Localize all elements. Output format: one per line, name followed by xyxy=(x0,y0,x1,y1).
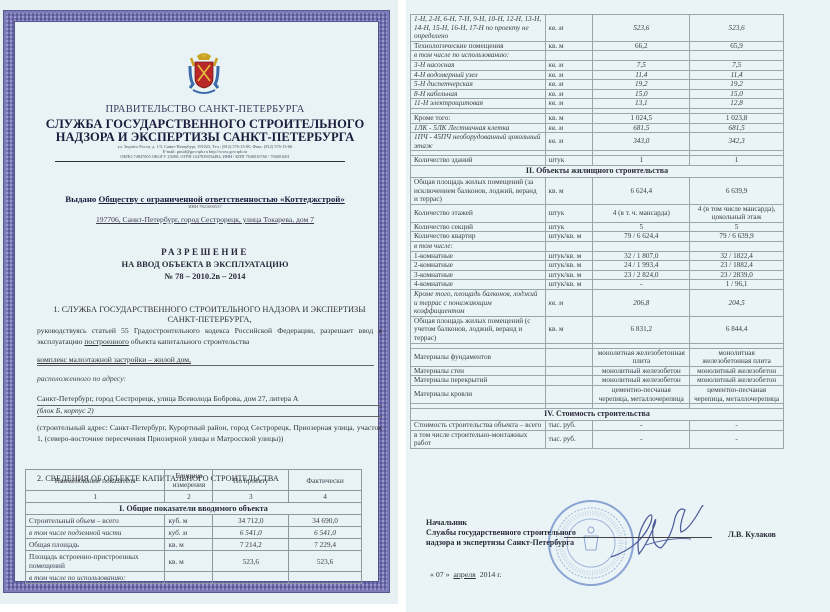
location-label: расположенного по адресу: xyxy=(37,374,126,383)
object-address: Санкт-Петербург, город Сестрорецк, улица… xyxy=(37,394,382,417)
service-codes: ОКПО 74847005 ОКОГУ 23000; ОГРН 10478390… xyxy=(15,154,395,159)
issued-prefix: Выдано xyxy=(65,194,96,204)
header-divider xyxy=(55,161,345,162)
table-row: в том числе: xyxy=(411,242,784,252)
issue-date: « 07 » апреля 2014 г. xyxy=(430,570,502,579)
table-row: в том числе по использованию: xyxy=(411,51,784,61)
permit-page-front: ПРАВИТЕЛЬСТВО САНКТ-ПЕТЕРБУРГА СЛУЖБА ГО… xyxy=(0,0,398,604)
permit-page-back: 1-Н, 2-Н, 6-Н, 7-Н, 9-Н, 10-Н, 12-Н, 13-… xyxy=(406,0,830,612)
table-row: Материалы фундаментовмонолитная железобе… xyxy=(411,348,784,366)
object-info-table-continued: 1-Н, 2-Н, 6-Н, 7-Н, 9-Н, 10-Н, 12-Н, 13-… xyxy=(410,14,784,449)
table-row: Строительный объем – всегокуб. м34 712,0… xyxy=(26,515,362,527)
permit-title: РАЗРЕШЕНИЕ xyxy=(15,247,395,257)
table-row: в том числе строительно-монтажных работт… xyxy=(411,430,784,448)
object-info-table: Наименование показателя Единица измерени… xyxy=(25,469,362,584)
table-row: 3-комнатныештук/кв. м23 / 2 824,023 / 28… xyxy=(411,270,784,280)
table-row: Количество этажейштук4 (в т. ч. мансарда… xyxy=(411,204,784,222)
table-row: Материалы кровлицементно-песчаная черепи… xyxy=(411,385,784,403)
table-row: Площадь встроенно-пристроенных помещений… xyxy=(26,551,362,572)
signatory-name: Л.В. Кулаков xyxy=(728,530,776,539)
coat-of-arms-icon xyxy=(187,52,221,96)
table-row: в том числе подземной частикуб. м6 541,0… xyxy=(26,527,362,539)
table-row: 1ЛК - 5ЛК Лестничная клеткакв. м681,5681… xyxy=(411,123,784,133)
table-row: Общая площадь жилых помещений (за исключ… xyxy=(411,177,784,204)
table-row: Общая площадькв. м7 214,27 229,4 xyxy=(26,539,362,551)
table-row: 4-Н водомерный узелкв. м11,411,4 xyxy=(411,70,784,80)
building-address: (строительный адрес: Санкт-Петербург, Ку… xyxy=(37,423,382,444)
table-row: Материалы перекрытиймонолитный железобет… xyxy=(411,376,784,386)
group-title-row: I. Общие показатели вводимого объекта xyxy=(26,503,362,515)
group-title-row: IV. Стоимость строительства xyxy=(411,409,784,421)
organization-address: 197706, Санкт-Петербург, город Сестрорец… xyxy=(15,215,395,224)
table-row: 3-Н насоснаякв. м7,57,5 xyxy=(411,60,784,70)
permit-number: № 78 – 2010.2в – 2014 xyxy=(15,271,395,281)
table-row: 11-Н электрощитоваякв. м13,112,8 xyxy=(411,99,784,109)
table-row: 1-Н, 2-Н, 6-Н, 7-Н, 9-Н, 10-Н, 12-Н, 13-… xyxy=(411,15,784,42)
table-row: Количество секцийштук55 xyxy=(411,222,784,232)
table-row: Кроме того:кв. м1 024,51 023,8 xyxy=(411,113,784,123)
object-description: комплекс малоэтажной застройки – жилой д… xyxy=(37,355,374,366)
table-row: 2-комнатныештук/кв. м24 / 1 993,423 / 18… xyxy=(411,261,784,271)
issued-organization: Обществу с ограниченной ответственностью… xyxy=(99,194,345,204)
section1-body: руководствуясь статьей 55 Градостроитель… xyxy=(37,326,382,347)
permit-subtitle: НА ВВОД ОБЪЕКТА В ЭКСПЛУАТАЦИЮ xyxy=(15,259,395,269)
table-row: 4-комнатныештук/кв. м-1 / 96,1 xyxy=(411,280,784,290)
table-row: Технологические помещениякв. м66,265,9 xyxy=(411,41,784,51)
issued-to: Выдано Обществу с ограниченной ответстве… xyxy=(15,194,395,204)
section1-title: 1. СЛУЖБА ГОСУДАРСТВЕННОГО СТРОИТЕЛЬНОГО… xyxy=(37,305,382,325)
table-row: Стоимость строительства объекта – всегот… xyxy=(411,421,784,431)
signatory-position: Начальник Службы государственного строит… xyxy=(426,518,576,548)
table-row: 5-Н диспетчерскаякв. м19,219,2 xyxy=(411,80,784,90)
table-row: 1ПЧ - 45ПЧ необорудованный цокольный эта… xyxy=(411,133,784,151)
table-row: в том числе по использованию: xyxy=(26,572,362,584)
government-name: ПРАВИТЕЛЬСТВО САНКТ-ПЕТЕРБУРГА xyxy=(15,104,395,115)
table-row: Кроме того, площадь балконов, лоджий и т… xyxy=(411,290,784,317)
group-title-row: II. Объекты жилищного строительства xyxy=(411,165,784,177)
table-row: 8-Н кабельнаякв. м15,015,0 xyxy=(411,89,784,99)
table-row: Общая площадь жилых помещений (с учетом … xyxy=(411,316,784,343)
signature-line xyxy=(564,537,712,538)
table-row: Количество квартирштук/кв. м79 / 6 624,4… xyxy=(411,232,784,242)
service-name-line2: НАДЗОРА И ЭКСПЕРТИЗЫ САНКТ-ПЕТЕРБУРГА xyxy=(15,130,395,145)
organization-inn: ИНН 7821000537 xyxy=(15,204,395,209)
table-row: 1-комнатныештук/кв. м32 / 1 807,032 / 18… xyxy=(411,251,784,261)
signature-icon xyxy=(606,505,726,565)
column-number-row: 1 2 3 4 xyxy=(26,491,362,503)
table-row: Количество зданий штук 1 1 xyxy=(411,156,784,166)
table-header-row: Наименование показателя Единица измерени… xyxy=(26,470,362,491)
table-row: Материалы стенмонолитный железобетонмоно… xyxy=(411,366,784,376)
